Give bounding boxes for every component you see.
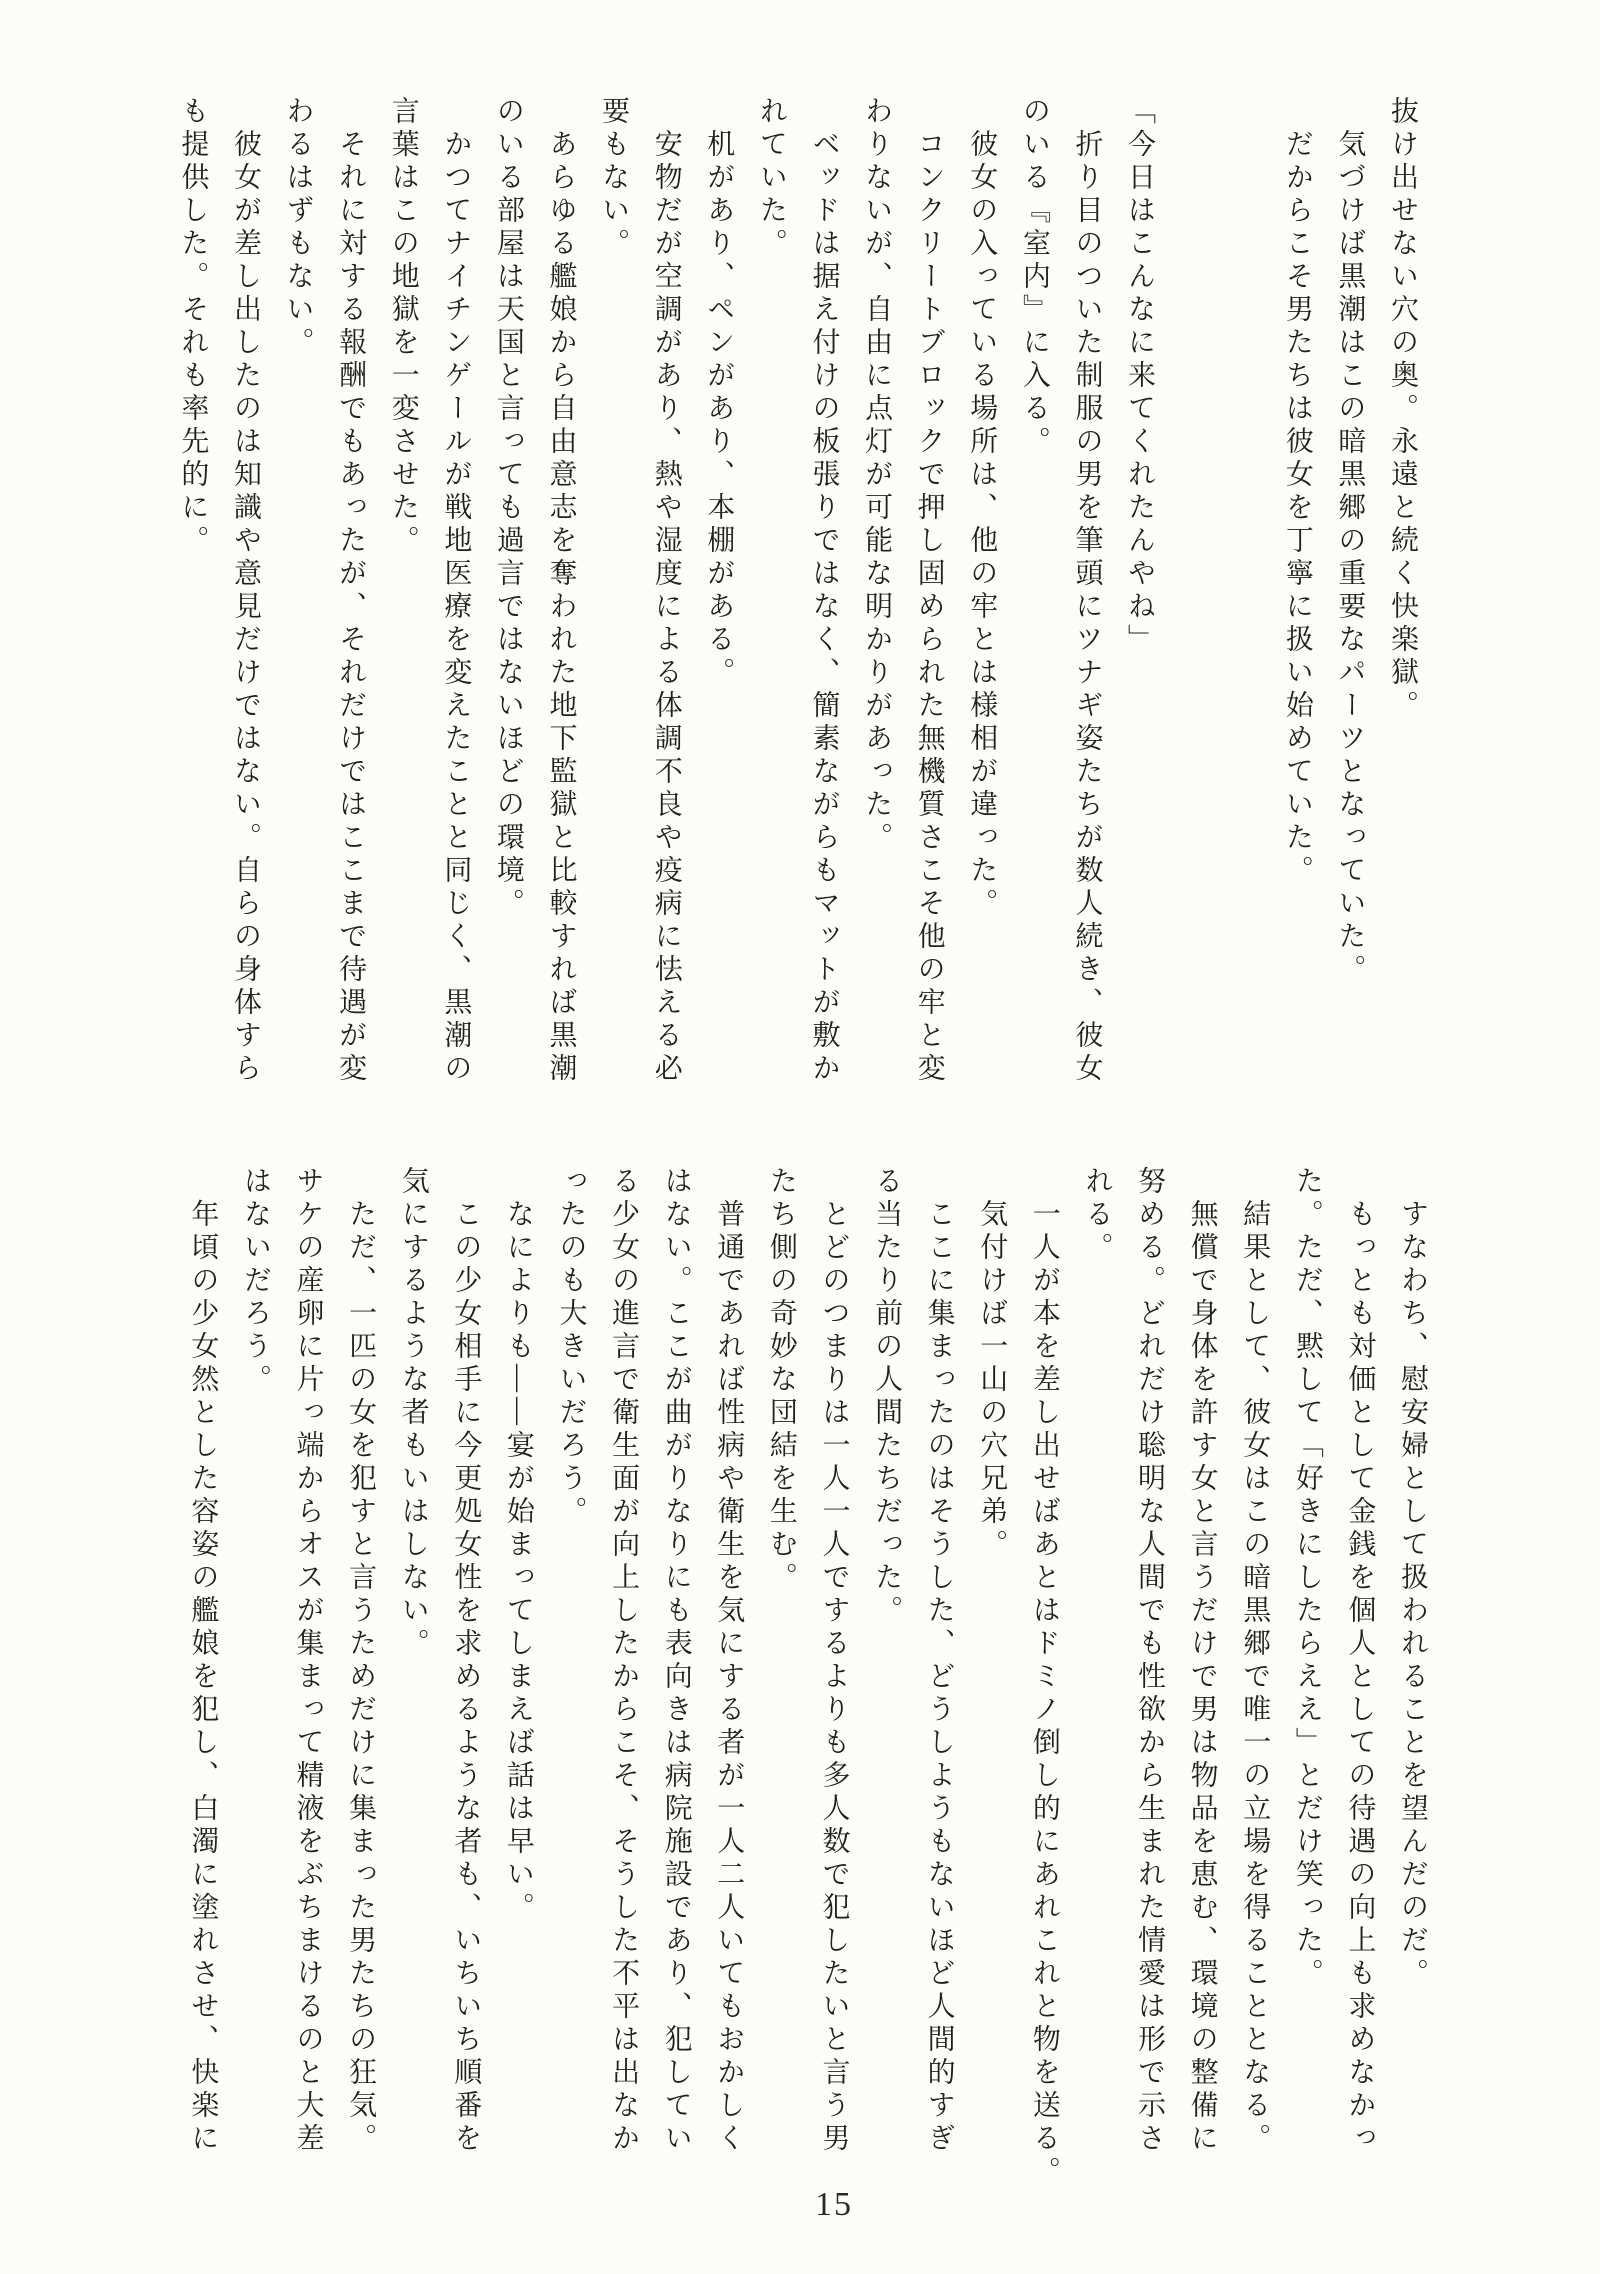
column-gap bbox=[1165, 96, 1218, 1108]
text-column: 折り目のついた制服の男を筆頭にツナギ姿たちが数人続き、彼女 bbox=[1060, 96, 1113, 1108]
text-column: たち側の奇妙な団結を生む。 bbox=[754, 1166, 807, 2168]
text-column: 努める。どれだけ聡明な人間でも性欲から生まれた情愛は形で示さ bbox=[1122, 1166, 1175, 2168]
text-column: 気にするような者もいはしない。 bbox=[386, 1166, 439, 2168]
text-column: 彼女が差し出したのは知識や意見だけではない。自らの身体すら bbox=[218, 96, 271, 1108]
text-column: のいる『室内』に入る。 bbox=[1007, 96, 1060, 1108]
text-column: のいる部屋は天国と言っても過言ではないほどの環境。 bbox=[481, 96, 534, 1108]
text-column: それに対する報酬でもあったが、それだけではここまで待遇が変 bbox=[324, 96, 377, 1108]
text-column: 彼女の入っている場所は、他の牢とは様相が違った。 bbox=[955, 96, 1008, 1108]
lower-text-block: すなわち、慰安婦として扱われることを望んだのだ。もっとも対価として金銭を個人とし… bbox=[176, 1166, 1438, 2168]
text-column: とどのつまりは一人一人でするよりも多人数で犯したいと言う男 bbox=[807, 1166, 860, 2168]
text-column: 「今日はこんなに来てくれたんやね」 bbox=[1112, 96, 1165, 1108]
text-column: る少女の進言で衛生面が向上したからこそ、そうした不平は出なか bbox=[597, 1166, 650, 2168]
text-column: あらゆる艦娘から自由意志を奪われた地下監獄と比較すれば黒潮 bbox=[534, 96, 587, 1108]
text-column: 無償で身体を許す女と言うだけで男は物品を恵む、環境の整備に bbox=[1175, 1166, 1228, 2168]
text-column: 年頃の少女然とした容姿の艦娘を犯し、白濁に塗れさせ、快楽に bbox=[176, 1166, 229, 2168]
text-column: わりないが、自由に点灯が可能な明かりがあった。 bbox=[849, 96, 902, 1108]
text-column: 気付けば一山の穴兄弟。 bbox=[965, 1166, 1018, 2168]
text-column: 結果として、彼女はこの暗黒郷で唯一の立場を得ることとなる。 bbox=[1228, 1166, 1281, 2168]
text-column: 要もない。 bbox=[587, 96, 640, 1108]
text-column: 抜け出せない穴の奥。永遠と続く快楽獄。 bbox=[1375, 96, 1428, 1108]
text-column: はないだろう。 bbox=[228, 1166, 281, 2168]
text-column: コンクリートブロックで押し固められた無機質さこそ他の牢と変 bbox=[902, 96, 955, 1108]
text-column: なによりも――宴が始まってしまえば話は早い。 bbox=[491, 1166, 544, 2168]
text-column: ただ、一匹の女を犯すと言うためだけに集まった男たちの狂気。 bbox=[334, 1166, 387, 2168]
text-column: サケの産卵に片っ端からオスが集まって精液をぶちまけるのと大差 bbox=[281, 1166, 334, 2168]
text-column: 普通であれば性病や衛生を気にする者が一人二人いてもおかしく bbox=[702, 1166, 755, 2168]
text-column: 安物だが空調があり、熱や湿度による体調不良や疫病に怯える必 bbox=[639, 96, 692, 1108]
text-column: すなわち、慰安婦として扱われることを望んだのだ。 bbox=[1385, 1166, 1438, 2168]
page-number: 15 bbox=[800, 2186, 868, 2224]
scanned-novel-page: 抜け出せない穴の奥。永遠と続く快楽獄。気づけば黒潮はこの暗黒郷の重要なパーツとな… bbox=[0, 0, 1600, 2274]
text-column: れる。 bbox=[1070, 1166, 1123, 2168]
upper-text-block: 抜け出せない穴の奥。永遠と続く快楽獄。気づけば黒潮はこの暗黒郷の重要なパーツとな… bbox=[166, 96, 1428, 1108]
text-column: 一人が本を差し出せばあとはドミノ倒し的にあれこれと物を送る。 bbox=[1017, 1166, 1070, 2168]
text-column: ったのも大きいだろう。 bbox=[544, 1166, 597, 2168]
text-column: 机があり、ペンがあり、本棚がある。 bbox=[692, 96, 745, 1108]
text-column: れていた。 bbox=[744, 96, 797, 1108]
text-column: だからこそ男たちは彼女を丁寧に扱い始めていた。 bbox=[1270, 96, 1323, 1108]
text-column: かつてナイチンゲールが戦地医療を変えたことと同じく、黒潮の bbox=[429, 96, 482, 1108]
text-column: はない。ここが曲がりなりにも表向きは病院施設であり、犯してい bbox=[649, 1166, 702, 2168]
text-column: わるはずもない。 bbox=[271, 96, 324, 1108]
text-column: ここに集まったのはそうした、どうしようもないほど人間的すぎ bbox=[912, 1166, 965, 2168]
text-column: ベッドは据え付けの板張りではなく、簡素ながらもマットが敷か bbox=[797, 96, 850, 1108]
text-column: この少女相手に今更処女性を求めるような者も、いちいち順番を bbox=[439, 1166, 492, 2168]
text-column: 気づけば黒潮はこの暗黒郷の重要なパーツとなっていた。 bbox=[1323, 96, 1376, 1108]
column-gap bbox=[1218, 96, 1271, 1108]
text-column: た。ただ、黙して「好きにしたらええ」とだけ笑った。 bbox=[1280, 1166, 1333, 2168]
text-column: もっとも対価として金銭を個人としての待遇の向上も求めなかっ bbox=[1333, 1166, 1386, 2168]
text-column: 言葉はこの地獄を一変させた。 bbox=[376, 96, 429, 1108]
text-column: る当たり前の人間たちだった。 bbox=[859, 1166, 912, 2168]
text-column: も提供した。それも率先的に。 bbox=[166, 96, 219, 1108]
